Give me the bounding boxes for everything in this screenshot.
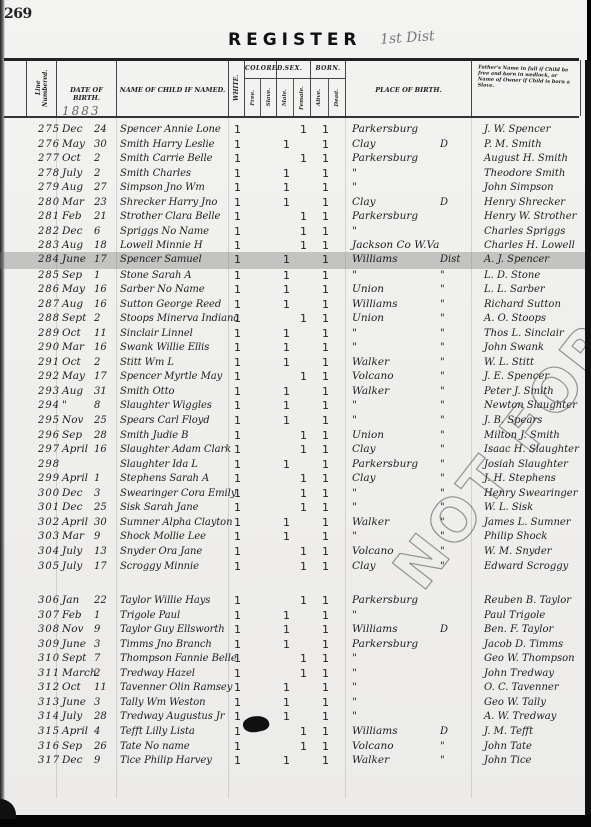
cell-place: Williams <box>352 724 398 739</box>
cell-name: Slaughter Wiggles <box>120 398 212 413</box>
cell-num: 301 <box>38 500 60 515</box>
cell-name: Smith Charles <box>120 166 191 181</box>
cell-name: Stephens Sarah A <box>120 471 209 486</box>
cell-white: 1 <box>234 651 241 666</box>
cell-alive: 1 <box>322 355 329 370</box>
table-row: 308Nov9Taylor Guy Ellsworth11WilliamsDBe… <box>0 622 587 637</box>
cell-day: 23 <box>94 195 107 210</box>
page-title: REGISTER <box>228 30 362 50</box>
cell-num: 307 <box>38 608 60 623</box>
cell-name: Sumner Alpha Clayton <box>120 515 232 530</box>
cell-male: 1 <box>283 384 290 399</box>
cell-white: 1 <box>234 442 241 457</box>
table-row: 288Sept2Stoops Minerva Indiana11Union"A.… <box>0 311 587 326</box>
table-row: 314July28Tredway Augustus Jr11"A. W. Tre… <box>0 709 587 724</box>
cell-month: Aug <box>62 384 83 399</box>
cell-alive: 1 <box>322 622 329 637</box>
cell-month: Oct <box>62 680 81 695</box>
cell-month: Nov <box>62 622 83 637</box>
header-colored-slave: Slave. <box>260 79 276 116</box>
cell-num: 304 <box>38 544 60 559</box>
cell-name: Snyder Ora Jane <box>120 544 202 559</box>
cell-father: Theodore Smith <box>484 166 565 181</box>
cell-female: 1 <box>300 486 307 501</box>
header-sex-male: Male. <box>277 79 293 116</box>
cell-name: Simpson Jno Wm <box>120 180 205 195</box>
cell-month: Sep <box>62 739 82 754</box>
cell-month: Dec <box>62 500 83 515</box>
table-row: 279Aug27Simpson Jno Wm11"John Simpson1 <box>0 180 587 195</box>
table-row: 277Oct2Smith Carrie Belle11ParkersburgAu… <box>0 151 587 166</box>
cell-dist: " <box>440 428 445 443</box>
cell-month: Oct <box>62 355 81 370</box>
cell-white: 1 <box>234 137 241 152</box>
cell-alive: 1 <box>322 739 329 754</box>
cell-month: Dec <box>62 122 83 137</box>
cell-day: 16 <box>94 297 107 312</box>
header-name-of-child: NAME OF CHILD IF NAMED. <box>116 60 228 116</box>
cell-alive: 1 <box>322 515 329 530</box>
table-row: 282Dec6Spriggs No Name11"Charles Spriggs… <box>0 224 587 239</box>
cell-white: 1 <box>234 268 241 283</box>
table-row: 311March2Tredway Hazel11"John Tredway1 <box>0 666 587 681</box>
cell-male: 1 <box>283 622 290 637</box>
cell-name: Tredway Hazel <box>120 666 195 681</box>
cell-num: 310 <box>38 651 60 666</box>
header-place-of-birth: PLACE OF BIRTH. <box>345 60 471 116</box>
cell-alive: 1 <box>322 122 329 137</box>
folio-number: 269 <box>4 6 32 22</box>
cell-name: Tredway Augustus Jr <box>120 709 224 724</box>
cell-alive: 1 <box>322 724 329 739</box>
cell-month: Feb <box>62 608 82 623</box>
cell-day: 25 <box>94 413 107 428</box>
cell-name: Swank Willie Ellis <box>120 340 209 355</box>
cell-name: Spriggs No Name <box>120 224 209 239</box>
cell-white: 1 <box>234 622 241 637</box>
cell-num: 281 <box>38 209 60 224</box>
table-row: 317Dec9Tice Philip Harvey11Walker"John T… <box>0 753 587 768</box>
cell-num: 306 <box>38 593 60 608</box>
cell-day: 3 <box>94 695 100 710</box>
cell-name: Trigole Paul <box>120 608 180 623</box>
cell-white: 1 <box>234 398 241 413</box>
cell-male: 1 <box>283 297 290 312</box>
cell-place: Union <box>352 311 384 326</box>
cell-name: Stoops Minerva Indiana <box>120 311 239 326</box>
cell-month: May <box>62 137 85 152</box>
cell-white: 1 <box>234 515 241 530</box>
cell-female: 1 <box>300 724 307 739</box>
cell-month: Sep <box>62 428 82 443</box>
cell-day: 2 <box>94 311 100 326</box>
cell-month: April <box>62 515 88 530</box>
cell-dist: " <box>440 384 445 399</box>
cell-alive: 1 <box>322 471 329 486</box>
cell-male: 1 <box>283 326 290 341</box>
cell-place: " <box>352 500 357 515</box>
cell-day: 28 <box>94 428 107 443</box>
cell-female: 1 <box>300 544 307 559</box>
cell-name: Sutton George Reed <box>120 297 221 312</box>
cell-alive: 1 <box>322 753 329 768</box>
cell-female: 1 <box>300 224 307 239</box>
cell-name: Shock Mollie Lee <box>120 529 206 544</box>
cell-day: 1 <box>94 471 100 486</box>
cell-female: 1 <box>300 739 307 754</box>
cell-month: Aug <box>62 180 83 195</box>
cell-day: 2 <box>94 166 100 181</box>
cell-dist: " <box>440 369 445 384</box>
cell-father: J. M. Tefft <box>484 724 533 739</box>
cell-dist: " <box>440 442 445 457</box>
cell-female: 1 <box>300 593 307 608</box>
cell-white: 1 <box>234 195 241 210</box>
cell-name: Tefft Lilly Lista <box>120 724 195 739</box>
cell-place: Parkersburg <box>352 209 418 224</box>
cell-place: " <box>352 666 357 681</box>
cell-place: Clay <box>352 137 376 152</box>
cell-place: Walker <box>352 753 389 768</box>
table-row: 280Mar23Shrecker Harry Jno11ClayDHenry S… <box>0 195 587 210</box>
cell-day: 2 <box>94 355 100 370</box>
cell-day: 11 <box>94 680 107 695</box>
cell-month: Mar <box>62 529 84 544</box>
cell-white: 1 <box>234 709 241 724</box>
cell-place: Union <box>352 282 384 297</box>
cell-alive: 1 <box>322 428 329 443</box>
cell-place: Williams <box>352 622 398 637</box>
header-sex-group: SEX. Male. Female. <box>276 60 310 116</box>
cell-father: J. W. Spencer <box>484 122 550 137</box>
cell-father: L. L. Sarber <box>484 282 545 297</box>
cell-day: 6 <box>94 224 100 239</box>
cell-alive: 1 <box>322 695 329 710</box>
cell-alive: 1 <box>322 413 329 428</box>
cell-alive: 1 <box>322 709 329 724</box>
table-row: 278July2Smith Charles11"Theodore Smith1 <box>0 166 587 181</box>
cell-female: 1 <box>300 369 307 384</box>
cell-place: Parkersburg <box>352 637 418 652</box>
cell-num: 278 <box>38 166 60 181</box>
cell-month: Dec <box>62 753 83 768</box>
cell-dist: Dist <box>440 252 460 267</box>
cell-name: Smith Judie B <box>120 428 188 443</box>
cell-dist: " <box>440 326 445 341</box>
cell-dist: " <box>440 739 445 754</box>
cell-day: 31 <box>94 384 107 399</box>
cell-dist: " <box>440 297 445 312</box>
cell-dist: " <box>440 268 445 283</box>
header-colored-group: COLORED. Free. Slave. <box>244 60 276 116</box>
cell-male: 1 <box>283 695 290 710</box>
cell-white: 1 <box>234 529 241 544</box>
cell-name: Swearinger Cora Emily <box>120 486 236 501</box>
cell-alive: 1 <box>322 369 329 384</box>
cell-alive: 1 <box>322 224 329 239</box>
cell-father: Jacob D. Timms <box>484 637 563 652</box>
cell-alive: 1 <box>322 297 329 312</box>
cell-father: L. D. Stone <box>484 268 540 283</box>
cell-father: Charles Spriggs <box>484 224 565 239</box>
cell-month: July <box>62 709 82 724</box>
cell-white: 1 <box>234 180 241 195</box>
cell-father: Henry Shrecker <box>484 195 565 210</box>
cell-white: 1 <box>234 608 241 623</box>
cell-dist: " <box>440 398 445 413</box>
cell-day: 25 <box>94 500 107 515</box>
cell-alive: 1 <box>322 637 329 652</box>
cell-name: Sisk Sarah Jane <box>120 500 198 515</box>
cell-num: 280 <box>38 195 60 210</box>
cell-female: 1 <box>300 428 307 443</box>
cell-male: 1 <box>283 166 290 181</box>
cell-male: 1 <box>283 180 290 195</box>
cell-num: 282 <box>38 224 60 239</box>
cell-name: Smith Otto <box>120 384 174 399</box>
cell-num: 295 <box>38 413 60 428</box>
cell-month: July <box>62 559 82 574</box>
cell-num: 285 <box>38 268 60 283</box>
header-sex-female: Female. <box>293 79 310 116</box>
cell-white: 1 <box>234 666 241 681</box>
cell-father: John Tice <box>484 753 531 768</box>
cell-name: Smith Harry Leslie <box>120 137 214 152</box>
cell-white: 1 <box>234 471 241 486</box>
cell-male: 1 <box>283 413 290 428</box>
cell-alive: 1 <box>322 544 329 559</box>
cell-name: Scroggy Minnie <box>120 559 199 574</box>
cell-female: 1 <box>300 442 307 457</box>
cell-num: 291 <box>38 355 60 370</box>
cell-num: 290 <box>38 340 60 355</box>
cell-white: 1 <box>234 724 241 739</box>
cell-alive: 1 <box>322 326 329 341</box>
cell-month: April <box>62 724 88 739</box>
cell-dist: " <box>440 413 445 428</box>
cell-num: 302 <box>38 515 60 530</box>
cell-alive: 1 <box>322 180 329 195</box>
handwritten-district-note: 1st Dist <box>380 28 436 48</box>
cell-father: W. L. Stitt <box>484 355 534 370</box>
cell-place: " <box>352 224 357 239</box>
cell-name: Sinclair Linnel <box>120 326 193 341</box>
cell-white: 1 <box>234 151 241 166</box>
table-row: 304July13Snyder Ora Jane11Volcano"W. M. … <box>0 544 587 559</box>
cell-alive: 1 <box>322 457 329 472</box>
cell-dist: " <box>440 311 445 326</box>
cell-day: 27 <box>94 180 107 195</box>
cell-name: Tice Philip Harvey <box>120 753 212 768</box>
cell-male: 1 <box>283 608 290 623</box>
cell-month: Oct <box>62 151 81 166</box>
cell-father: John Simpson <box>484 180 554 195</box>
table-row: 291Oct2Stitt Wm L11Walker"W. L. Stitt1 <box>0 355 587 370</box>
cell-white: 1 <box>234 457 241 472</box>
cell-num: 292 <box>38 369 60 384</box>
cell-place: Williams <box>352 252 398 267</box>
cell-name: Spencer Samuel <box>120 252 202 267</box>
cell-place: " <box>352 180 357 195</box>
cell-place: " <box>352 326 357 341</box>
scan-bottom-edge <box>0 815 591 827</box>
cell-alive: 1 <box>322 651 329 666</box>
cell-white: 1 <box>234 593 241 608</box>
table-row: 292May17Spencer Myrtle May11Volcano"J. E… <box>0 369 587 384</box>
cell-dist: " <box>440 282 445 297</box>
table-row: 284June17Spencer Samuel11WilliamsDistA. … <box>0 252 587 269</box>
cell-alive: 1 <box>322 195 329 210</box>
cell-white: 1 <box>234 384 241 399</box>
cell-father: Philip Shock <box>484 529 547 544</box>
cell-dist: D <box>440 137 448 152</box>
cell-place: " <box>352 166 357 181</box>
cell-dist: D <box>440 622 448 637</box>
cell-place: Parkersburg <box>352 593 418 608</box>
cell-num: 276 <box>38 137 60 152</box>
cell-father: A. O. Stoops <box>484 311 546 326</box>
cell-name: Thompson Fannie Belle <box>120 651 237 666</box>
cell-name: Smith Carrie Belle <box>120 151 212 166</box>
cell-day: 9 <box>94 753 100 768</box>
cell-female: 1 <box>300 151 307 166</box>
header-father-name: Father's Name in full if Child be free a… <box>471 60 581 116</box>
cell-day: 9 <box>94 622 100 637</box>
cell-place: Parkersburg <box>352 122 418 137</box>
cell-month: Jan <box>62 593 79 608</box>
cell-num: 300 <box>38 486 60 501</box>
cell-num: 277 <box>38 151 60 166</box>
cell-day: 11 <box>94 326 107 341</box>
cell-place: " <box>352 608 357 623</box>
cell-month: May <box>62 369 85 384</box>
cell-name: Taylor Guy Ellsworth <box>120 622 225 637</box>
cell-place: Volcano <box>352 369 394 384</box>
table-row: 310Sept7Thompson Fannie Belle11"Geo W. T… <box>0 651 587 666</box>
cell-white: 1 <box>234 753 241 768</box>
cell-white: 1 <box>234 413 241 428</box>
cell-alive: 1 <box>322 252 329 267</box>
cell-dist: D <box>440 724 448 739</box>
cell-white: 1 <box>234 739 241 754</box>
cell-name: Shrecker Harry Jno <box>120 195 217 210</box>
cell-place: Walker <box>352 384 389 399</box>
cell-alive: 1 <box>322 268 329 283</box>
cell-female: 1 <box>300 471 307 486</box>
cell-month: Feb <box>62 209 82 224</box>
cell-day: 17 <box>94 252 107 267</box>
cell-month: Mar <box>62 340 84 355</box>
cell-father: W. M. Snyder <box>484 544 552 559</box>
cell-white: 1 <box>234 428 241 443</box>
cell-name: Slaughter Adam Clark <box>120 442 231 457</box>
cell-father: Geo W. Thompson <box>484 651 575 666</box>
cell-num: 315 <box>38 724 60 739</box>
table-row: 316Sep26Tate No name11Volcano"John Tate1 <box>0 739 587 754</box>
register-page: 269 REGISTER 1st Dist Line Numbered. DAT… <box>0 0 587 818</box>
cell-male: 1 <box>283 515 290 530</box>
cell-num: 296 <box>38 428 60 443</box>
cell-num: 313 <box>38 695 60 710</box>
cell-name: Slaughter Ida L <box>120 457 198 472</box>
cell-day: 3 <box>94 486 100 501</box>
cell-white: 1 <box>234 122 241 137</box>
cell-month: May <box>62 282 85 297</box>
cell-white: 1 <box>234 355 241 370</box>
cell-father: A. J. Spencer <box>484 252 549 267</box>
cell-place: " <box>352 398 357 413</box>
table-row: 315April4Tefft Lilly Lista11WilliamsDJ. … <box>0 724 587 739</box>
cell-dist: D <box>440 195 448 210</box>
cell-place: " <box>352 695 357 710</box>
cell-month: Aug <box>62 297 83 312</box>
cell-male: 1 <box>283 398 290 413</box>
cell-num: 303 <box>38 529 60 544</box>
cell-alive: 1 <box>322 486 329 501</box>
cell-male: 1 <box>283 195 290 210</box>
cell-alive: 1 <box>322 442 329 457</box>
cell-male: 1 <box>283 282 290 297</box>
table-row: 303Mar9Shock Mollie Lee11""Philip Shock1 <box>0 529 587 544</box>
cell-place: Parkersburg <box>352 151 418 166</box>
cell-day: 22 <box>94 593 107 608</box>
cell-place: Walker <box>352 355 389 370</box>
cell-day: 16 <box>94 442 107 457</box>
cell-month: Sep <box>62 268 82 283</box>
cell-father: Paul Trigole <box>484 608 545 623</box>
cell-male: 1 <box>283 268 290 283</box>
header-born-alive: Alive. <box>311 79 328 116</box>
cell-dist: " <box>440 753 445 768</box>
cell-alive: 1 <box>322 209 329 224</box>
cell-num: 284 <box>38 252 60 267</box>
cell-father: Edward Scroggy <box>484 559 568 574</box>
cell-white: 1 <box>234 282 241 297</box>
cell-white: 1 <box>234 369 241 384</box>
cell-alive: 1 <box>322 282 329 297</box>
cell-place: Clay <box>352 195 376 210</box>
cell-day: 16 <box>94 282 107 297</box>
cell-alive: 1 <box>322 384 329 399</box>
cell-name: Taylor Willie Hays <box>120 593 210 608</box>
cell-place: " <box>352 413 357 428</box>
cell-num: 294 <box>38 398 60 413</box>
cell-day: 1 <box>94 268 100 283</box>
cell-num: 311 <box>38 666 60 681</box>
cell-dist: " <box>440 340 445 355</box>
table-row: 276May30Smith Harry Leslie11ClayDP. M. S… <box>0 137 587 152</box>
cell-name: Spears Carl Floyd <box>120 413 210 428</box>
cell-num: 293 <box>38 384 60 399</box>
cell-name: Strother Clara Belle <box>120 209 220 224</box>
cell-num: 286 <box>38 282 60 297</box>
cell-white: 1 <box>234 252 241 267</box>
cell-female: 1 <box>300 559 307 574</box>
cell-num: 314 <box>38 709 60 724</box>
cell-num: 316 <box>38 739 60 754</box>
cell-day: 1 <box>94 608 100 623</box>
cell-name: Timms Jno Branch <box>120 637 212 652</box>
cell-father: A. W. Tredway <box>484 709 556 724</box>
cell-day: 8 <box>94 398 100 413</box>
cell-alive: 1 <box>322 608 329 623</box>
cell-male: 1 <box>283 137 290 152</box>
cell-num: 298 <box>38 457 60 472</box>
cell-alive: 1 <box>322 340 329 355</box>
cell-white: 1 <box>234 166 241 181</box>
cell-day: 2 <box>94 666 100 681</box>
cell-month: July <box>62 166 82 181</box>
